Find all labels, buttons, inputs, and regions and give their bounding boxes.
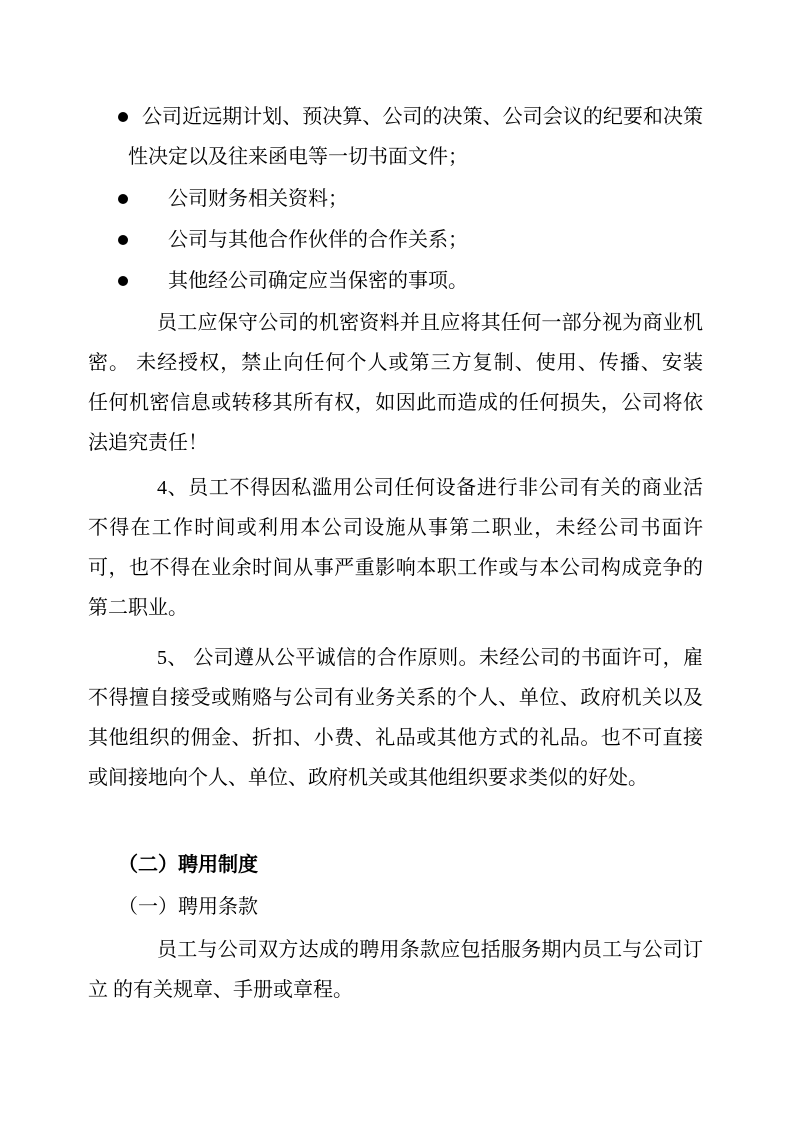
- list-item: 公司与其他合作伙伴的合作关系；: [88, 220, 703, 260]
- paragraph-item-4: 4、员工不得因私滥用公司任何设备进行非公司有关的商业活动。 不得在工作时间或利用…: [88, 468, 703, 628]
- subsection-heading: （一）聘用条款: [118, 887, 703, 927]
- document-page: 公司近远期计划、预决算、公司的决策、公司会议的纪要和决策 性决定以及往来函电等一…: [0, 0, 793, 1122]
- section-heading: （二）聘用制度: [118, 845, 703, 885]
- list-item-text: 公司财务相关资料；: [88, 179, 703, 219]
- paragraph-line: 可，也不得在业余时间从事严重影响本职工作或与本公司构成竞争的: [88, 548, 703, 588]
- bullet-icon: [118, 235, 128, 245]
- bullet-icon: [118, 276, 128, 286]
- paragraph-employment-terms: 员工与公司双方达成的聘用条款应包括服务期内员工与公司订 立 的有关规章、手册或章…: [88, 930, 703, 1010]
- paragraph-line: 5、 公司遵从公平诚信的合作原则。未经公司的书面许可，雇员: [88, 638, 703, 678]
- paragraph-line: 员工应保守公司的机密资料并且应将其任何一部分视为商业机: [88, 303, 703, 343]
- bullet-list: 公司近远期计划、预决算、公司的决策、公司会议的纪要和决策 性决定以及往来函电等一…: [88, 97, 703, 301]
- paragraph-line: 或间接地向个人、单位、政府机关或其他组织要求类似的好处。: [88, 758, 703, 798]
- list-item-text: 性决定以及往来函电等一切书面文件；: [88, 137, 703, 177]
- paragraph-line: 不得在工作时间或利用本公司设施从事第二职业，未经公司书面许: [88, 508, 703, 548]
- list-item-text: 公司近远期计划、预决算、公司的决策、公司会议的纪要和决策: [88, 97, 703, 137]
- bullet-icon: [118, 194, 128, 204]
- paragraph-line: 第二职业。: [88, 588, 703, 628]
- paragraph-item-5: 5、 公司遵从公平诚信的合作原则。未经公司的书面许可，雇员 不得擅自接受或贿赂与…: [88, 638, 703, 798]
- list-item-text: 其他经公司确定应当保密的事项。: [88, 261, 703, 301]
- paragraph-confidentiality: 员工应保守公司的机密资料并且应将其任何一部分视为商业机 密。 未经授权，禁止向任…: [88, 303, 703, 463]
- paragraph-line: 密。 未经授权，禁止向任何个人或第三方复制、使用、传播、安装: [88, 343, 703, 383]
- paragraph-line: 立 的有关规章、手册或章程。: [88, 970, 703, 1010]
- list-item: 公司财务相关资料；: [88, 179, 703, 219]
- paragraph-line: 不得擅自接受或贿赂与公司有业务关系的个人、单位、政府机关以及: [88, 678, 703, 718]
- list-item-text: 公司与其他合作伙伴的合作关系；: [88, 220, 703, 260]
- list-item: 公司近远期计划、预决算、公司的决策、公司会议的纪要和决策 性决定以及往来函电等一…: [88, 97, 703, 177]
- paragraph-line: 4、员工不得因私滥用公司任何设备进行非公司有关的商业活动。: [88, 468, 703, 508]
- paragraph-line: 法追究责任！: [88, 423, 703, 463]
- list-item: 其他经公司确定应当保密的事项。: [88, 261, 703, 301]
- paragraph-line: 员工与公司双方达成的聘用条款应包括服务期内员工与公司订: [88, 930, 703, 970]
- bullet-icon: [118, 112, 128, 122]
- paragraph-line: 任何机密信息或转移其所有权，如因此而造成的任何损失，公司将依: [88, 383, 703, 423]
- paragraph-line: 其他组织的佣金、折扣、小费、礼品或其他方式的礼品。也不可直接: [88, 718, 703, 758]
